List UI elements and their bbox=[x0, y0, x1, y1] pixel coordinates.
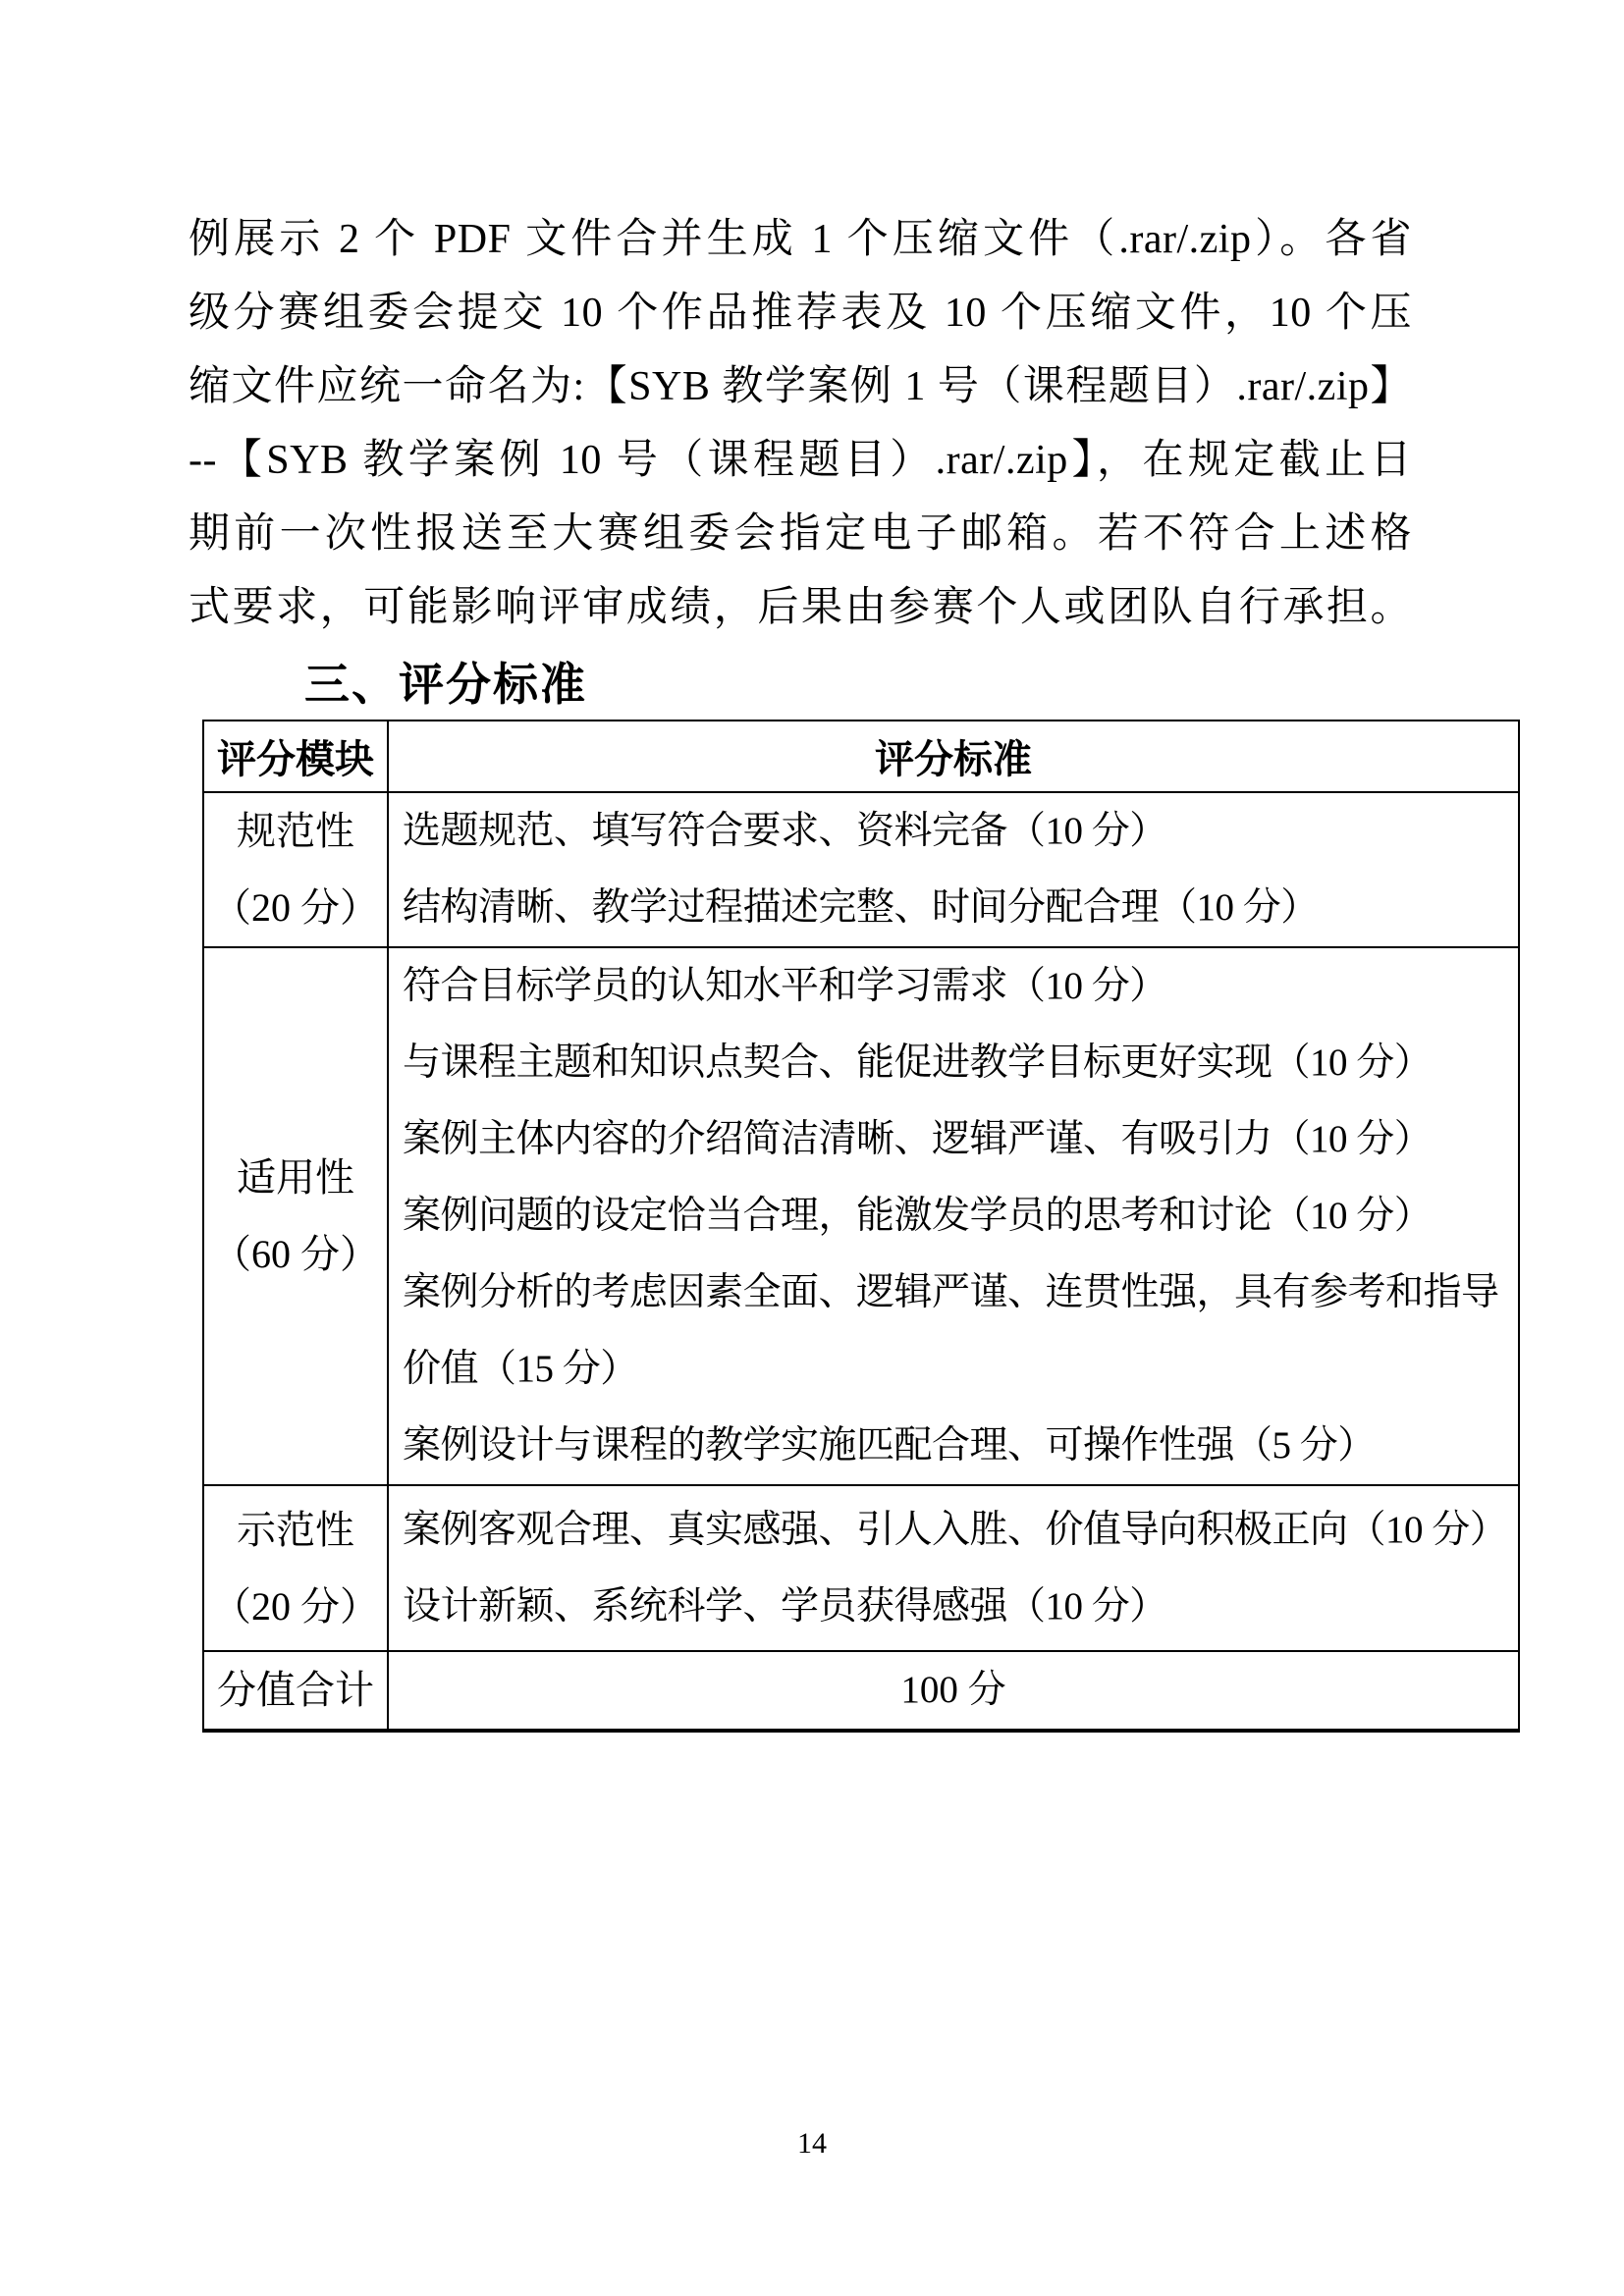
section-heading: 三、评分标准 bbox=[304, 656, 587, 713]
paragraph-line: 式要求，可能影响评审成绩，后果由参赛个人或团队自行承担。 bbox=[189, 571, 1412, 645]
module-cell: 适用性 （60 分） bbox=[203, 947, 388, 1485]
table-row-exemplariness: 示范性 （20 分） 案例客观合理、真实感强、引人入胜、价值导向积极正向（10 … bbox=[203, 1485, 1519, 1651]
total-score: 100 分 bbox=[389, 1652, 1518, 1729]
module-name: 适用性 bbox=[204, 1140, 387, 1216]
table-row-total: 分值合计 100 分 bbox=[203, 1651, 1519, 1731]
criteria-cell: 案例客观合理、真实感强、引人入胜、价值导向积极正向（10 分） 设计新颖、系统科… bbox=[388, 1485, 1519, 1651]
criteria-line: 案例问题的设定恰当合理，能激发学员的思考和讨论（10 分） bbox=[403, 1178, 1514, 1255]
paragraph-line: 级分赛组委会提交 10 个作品推荐表及 10 个压缩文件，10 个压 bbox=[189, 277, 1412, 350]
paragraph-line: 期前一次性报送至大赛组委会指定电子邮箱。若不符合上述格 bbox=[189, 498, 1412, 571]
criteria-line: 案例主体内容的介绍简洁清晰、逻辑严谨、有吸引力（10 分） bbox=[403, 1101, 1514, 1178]
column-header-criteria: 评分标准 bbox=[388, 721, 1519, 792]
document-page: 例展示 2 个 PDF 文件合并生成 1 个压缩文件（.rar/.zip）。各省… bbox=[0, 0, 1624, 2296]
total-score-cell: 100 分 bbox=[388, 1651, 1519, 1731]
criteria-line: 符合目标学员的认知水平和学习需求（10 分） bbox=[403, 948, 1514, 1025]
paragraph-line: --【SYB 教学案例 10 号（课程题目）.rar/.zip】，在规定截止日 bbox=[189, 424, 1412, 498]
page-number: 14 bbox=[0, 2126, 1624, 2162]
column-header-module: 评分模块 bbox=[203, 721, 388, 792]
criteria-cell: 符合目标学员的认知水平和学习需求（10 分） 与课程主题和知识点契合、能促进教学… bbox=[388, 947, 1519, 1485]
criteria-cell: 选题规范、填写符合要求、资料完备（10 分） 结构清晰、教学过程描述完整、时间分… bbox=[388, 792, 1519, 947]
module-cell: 示范性 （20 分） bbox=[203, 1485, 388, 1651]
module-score: （60 分） bbox=[204, 1216, 387, 1293]
total-label: 分值合计 bbox=[204, 1652, 387, 1729]
module-name: 规范性 bbox=[204, 793, 387, 870]
criteria-line: 选题规范、填写符合要求、资料完备（10 分） bbox=[403, 793, 1514, 870]
module-score: （20 分） bbox=[204, 1569, 387, 1645]
table-header-row: 评分模块 评分标准 bbox=[203, 721, 1519, 792]
paragraph-line: 例展示 2 个 PDF 文件合并生成 1 个压缩文件（.rar/.zip）。各省 bbox=[189, 203, 1412, 277]
criteria-line: 案例分析的考虑因素全面、逻辑严谨、连贯性强，具有参考和指导 bbox=[403, 1255, 1514, 1331]
paragraph-line: 缩文件应统一命名为:【SYB 教学案例 1 号（课程题目）.rar/.zip】 bbox=[189, 350, 1412, 424]
module-cell: 规范性 （20 分） bbox=[203, 792, 388, 947]
criteria-line: 结构清晰、教学过程描述完整、时间分配合理（10 分） bbox=[403, 870, 1514, 946]
table-row-applicability: 适用性 （60 分） 符合目标学员的认知水平和学习需求（10 分） 与课程主题和… bbox=[203, 947, 1519, 1485]
body-paragraph: 例展示 2 个 PDF 文件合并生成 1 个压缩文件（.rar/.zip）。各省… bbox=[189, 203, 1412, 645]
module-score: （20 分） bbox=[204, 870, 387, 946]
criteria-line: 价值（15 分） bbox=[403, 1331, 1514, 1408]
module-name: 示范性 bbox=[204, 1492, 387, 1569]
criteria-line: 案例设计与课程的教学实施匹配合理、可操作性强（5 分） bbox=[403, 1408, 1514, 1484]
module-cell: 分值合计 bbox=[203, 1651, 388, 1731]
criteria-line: 设计新颖、系统科学、学员获得感强（10 分） bbox=[403, 1569, 1514, 1645]
table-row-standardization: 规范性 （20 分） 选题规范、填写符合要求、资料完备（10 分） 结构清晰、教… bbox=[203, 792, 1519, 947]
criteria-line: 与课程主题和知识点契合、能促进教学目标更好实现（10 分） bbox=[403, 1025, 1514, 1101]
scoring-table: 评分模块 评分标准 规范性 （20 分） 选题规范、填写符合要求、资料完备（10… bbox=[202, 720, 1520, 1733]
criteria-line: 案例客观合理、真实感强、引人入胜、价值导向积极正向（10 分） bbox=[403, 1492, 1514, 1569]
